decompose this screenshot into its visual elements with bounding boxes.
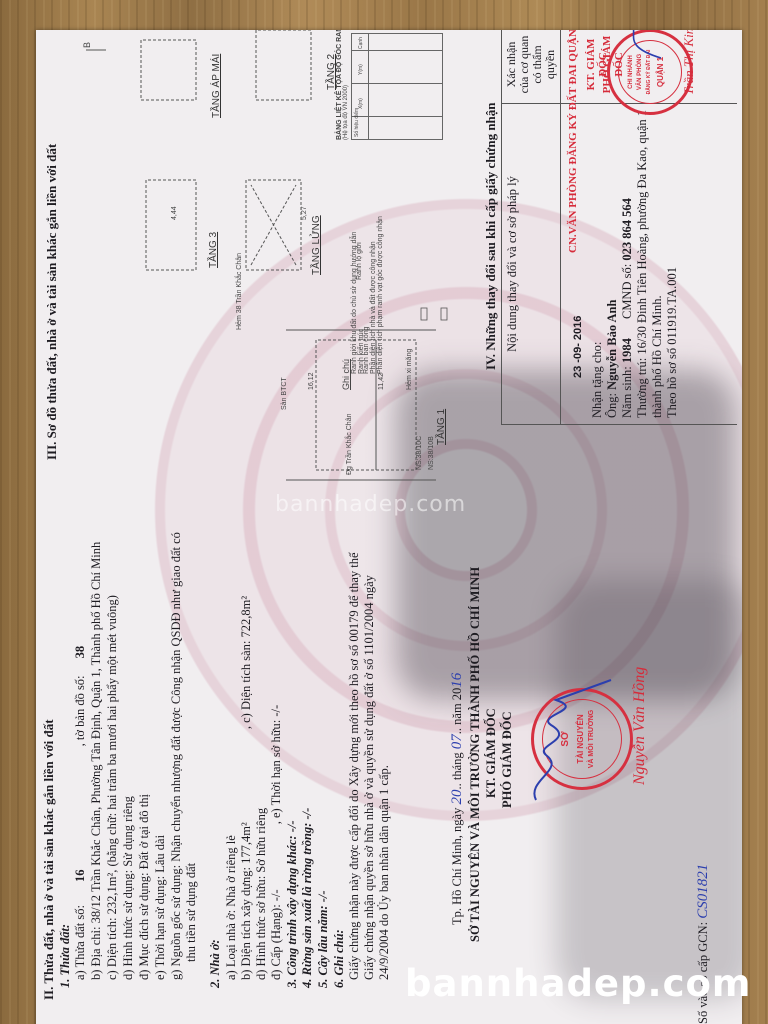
changes-table: Nội dung thay đổi và cơ sở pháp lý Xác n… <box>501 30 737 425</box>
ownership: d) Hình thức sở hữu: Sở hữu riêng <box>254 808 269 980</box>
signer-role-1: KT. GIÁM ĐỐC <box>484 708 499 798</box>
issue-date: Tp. Hồ Chí Minh, ngày 20.. tháng 07.. nă… <box>450 673 465 925</box>
confirm-col-header: Xác nhận của cơ quan có thẩm quyền <box>502 30 561 103</box>
use-form: d) Hình thức sử dụng: Sử dụng riêng <box>121 796 136 980</box>
note-line: 24/9/2004 do Ủy ban nhân dân quận 1 cấp. <box>377 765 392 980</box>
confirm-cell: CN.VĂN PHÒNG ĐĂNG KÝ ĐẤT ĐAI QUẬN 1 KT. … <box>561 30 738 103</box>
use-origin-cont: thu tiền sử dụng đất <box>184 863 199 962</box>
id-number: 023 864 564 <box>620 198 634 261</box>
plan-dim: 5,27 <box>301 206 308 220</box>
other-works: 3. Công trình xây dựng khác: -/- <box>285 820 300 988</box>
address: b) Địa chỉ: 38/12 Trần Khắc Chân, Phường… <box>89 542 104 980</box>
plan-alley-38-label: Hẻm 38 Trần Khắc Chân <box>236 253 243 330</box>
section-3-title: III. Sơ đồ thửa đất, nhà ở và tài sản kh… <box>44 144 60 460</box>
land-use-certificate-page: II. Thửa đất, nhà ở và tài sản khác gắn … <box>36 30 742 1024</box>
floor-label-tang-3: TẦNG 3 <box>208 232 219 268</box>
plan-street-label: Đg Trần Khắc Chân <box>346 414 353 475</box>
map-sheet-number: 38 <box>73 646 87 659</box>
issuing-org: SỞ TÀI NGUYÊN VÀ MÔI TRƯỜNG THÀNH PHỐ HỒ… <box>468 567 483 942</box>
floor-label-tang-1: TẦNG 1 <box>436 409 447 445</box>
plan-neighbor-label: NS:38/10C <box>416 436 423 470</box>
parcel-row: a) Thửa đất số: 16 , tờ bản đồ số: 38 <box>73 646 88 980</box>
perennial: 5. Cây lâu năm: -/- <box>316 890 331 988</box>
floor-label-tang-lung: TẦNG LỬNG <box>311 215 322 275</box>
use-purpose: đ) Mục đích sử dụng: Đất ở tại đô thị <box>137 794 152 980</box>
plan-dim: 16,12 <box>308 372 315 390</box>
plan-dim: 4,44 <box>171 206 178 220</box>
coordinate-table: BẢNG LIỆT KÊ TỌA ĐỘ GÓC RANH (Hệ tọa độ … <box>336 30 443 140</box>
confirm-blue-signature-icon <box>601 30 671 63</box>
signer-name: Nguyễn Văn Hồng <box>631 667 649 785</box>
plan-floor-label: Sàn BTCT <box>281 377 288 410</box>
house-heading: 2. Nhà ở: <box>208 939 223 988</box>
build-area-row: b) Diện tích xây dựng: 177,4m² , c) Diện… <box>239 596 254 980</box>
land-area: c) Diện tích: 232,1m², (bằng chữ: hai tr… <box>105 595 120 980</box>
plan-legend: Ghi chú Ranh giới khu đất do chủ sử dụng… <box>341 216 384 390</box>
recipient-name: Nguyễn Bảo Anh <box>605 300 619 390</box>
section-4-title: IV. Những thay đổi sau khi cấp giấy chứn… <box>483 102 499 370</box>
land-heading: 1. Thửa đất: <box>58 924 73 988</box>
parcel-number: 16 <box>73 869 87 882</box>
confirm-signer-name: Trần Thị Kim Ngân <box>681 30 697 95</box>
use-origin: g) Nguồn gốc sử dụng: Nhận chuyển nhượng… <box>169 532 184 980</box>
floor-label-tang-ap-mai: TẦNG ÁP MÁI <box>211 54 222 118</box>
change-entry: 23 -09- 2016 Nhận tặng cho: Ông: Nguyễn … <box>561 103 738 424</box>
section-2-title: II. Thửa đất, nhà ở và tài sản khác gắn … <box>41 719 57 1000</box>
confirm-org: CN.VĂN PHÒNG ĐĂNG KÝ ĐẤT ĐAI QUẬN 1 <box>567 30 579 253</box>
grade-row: đ) Cấp (Hạng): -/- , e) Thời hạn sở hữu:… <box>269 705 284 980</box>
faint-watermark: bannhadep.com <box>275 492 466 517</box>
plan-alley-label: Hẻm xi măng <box>406 349 413 390</box>
north-label: B <box>82 42 92 48</box>
site-watermark: bannhadep.com <box>405 962 751 1005</box>
house-type: a) Loại nhà ở: Nhà ở riêng lẻ <box>224 835 239 980</box>
forest: 4. Rừng sản xuất là rừng trồng: -/- <box>300 808 315 988</box>
blue-signature-icon <box>506 670 616 810</box>
use-term: e) Thời hạn sử dụng: Lâu dài <box>153 835 168 980</box>
note-line: Giấy chứng nhận quyền sở hữu nhà ở và qu… <box>362 575 377 980</box>
changes-col-header: Nội dung thay đổi và cơ sở pháp lý <box>502 103 561 424</box>
plan-neighbor-label: NS:38/10B <box>428 436 435 470</box>
notes-heading: 6. Ghi chú: <box>332 929 347 988</box>
note-line: Giấy chứng nhận này được cấp đổi do Xây … <box>347 552 362 980</box>
